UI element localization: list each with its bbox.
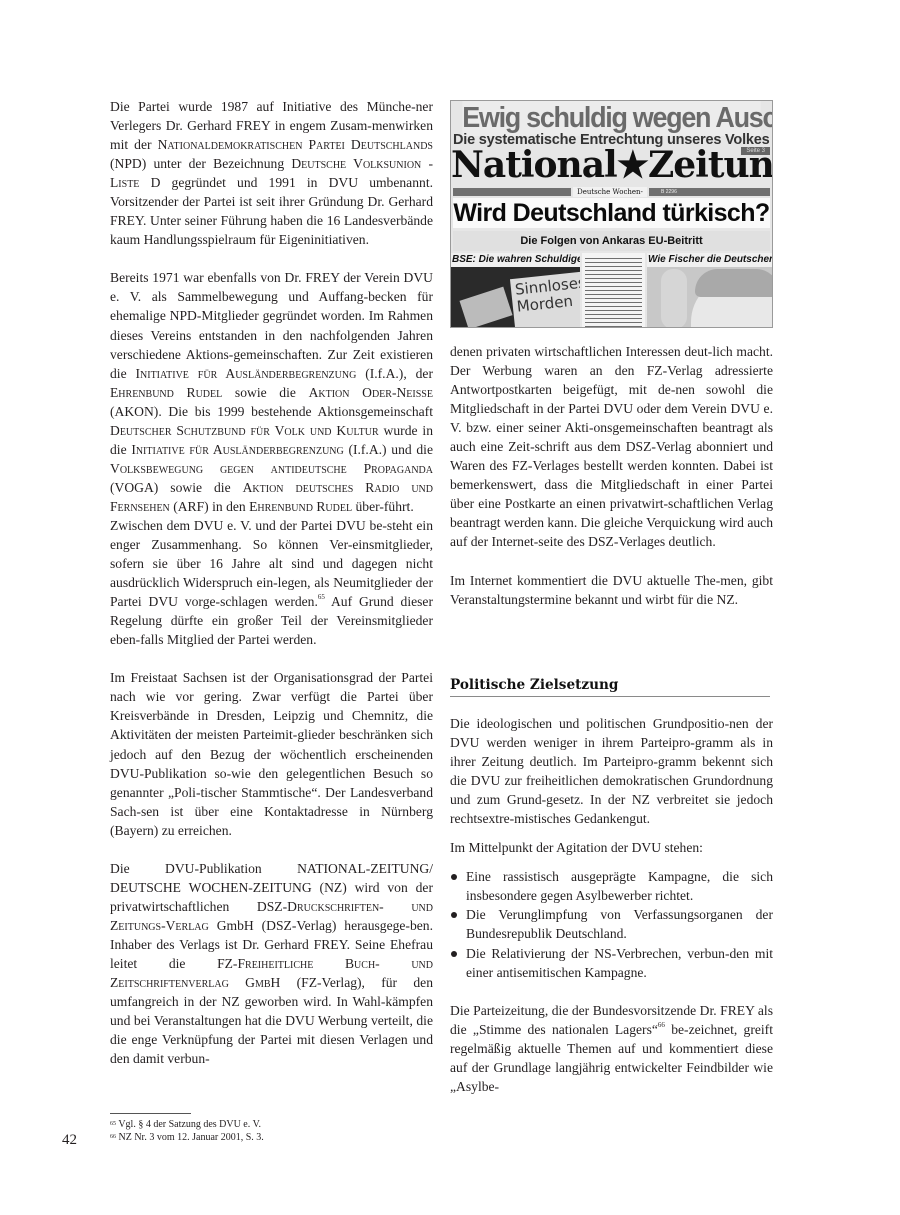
bullet-text: Die Relativierung der NS-Verbrechen, ver… <box>466 946 773 980</box>
newspaper-main-headline: Wird Deutschland türkisch? <box>453 198 770 228</box>
newspaper-masthead: National★Zeitung <box>451 145 772 185</box>
footnote-ref-65[interactable]: 65 <box>318 593 325 601</box>
small-caps-ifa: Initiative für Ausländerbegrenzung <box>136 366 357 381</box>
small-caps-schutzbund: Deutscher Schutzbund für Volk und Kultur <box>110 423 379 438</box>
newspaper-text-column <box>582 253 645 327</box>
text-run: (VOGA) sowie die <box>110 480 243 495</box>
paragraph-sachsen: Im Freistaat Sachsen ist der Organisatio… <box>110 668 433 839</box>
small-caps-ehrenbund: Ehrenbund Rudel <box>249 499 352 514</box>
paragraph-agitation-intro: Im Mittelpunkt der Agitation der DVU ste… <box>450 838 773 857</box>
small-caps-npd: Nationaldemokratischen Partei Deutschlan… <box>158 137 433 152</box>
bullet-dot-icon <box>451 951 457 957</box>
bullet-dot-icon <box>451 874 457 880</box>
paragraph-gap <box>110 649 433 668</box>
right-column-bottom: Die ideologischen und politischen Grundp… <box>450 714 773 1096</box>
bullet-item: Die Relativierung der NS-Verbrechen, ver… <box>450 944 773 982</box>
paragraph-gap <box>110 840 433 859</box>
footnotes: 65 Vgl. § 4 der Satzung des DVU e. V. 66… <box>110 1119 264 1144</box>
paragraph-verein-dvu: Bereits 1971 war ebenfalls von Dr. FREY … <box>110 268 433 516</box>
text-run: Bereits 1971 war ebenfalls von Dr. FREY … <box>110 270 433 380</box>
bullet-item: Die Verunglimpfung von Verfassungsorgane… <box>450 905 773 943</box>
bullet-dot-icon <box>451 912 457 918</box>
photo-hand <box>661 269 687 327</box>
paragraph-grundpositionen: Die ideologischen und politischen Grundp… <box>450 714 773 828</box>
small-caps-akon: Aktion Oder-Neiße <box>309 385 433 400</box>
text-run: (I.f.A.), der <box>356 366 433 381</box>
info-bar-left <box>453 188 571 196</box>
bullet-item: Eine rassistisch ausgeprägte Kampagne, d… <box>450 867 773 905</box>
newspaper-left-caption: BSE: Die wahren Schuldigen <box>451 253 580 267</box>
paragraph-party-founding: Die Partei wurde 1987 auf Initiative des… <box>110 97 433 249</box>
photo-paper-sheet <box>459 287 512 327</box>
photo-protest-sign: Sinnloses Morden <box>510 271 580 327</box>
newspaper-info-bar: Deutsche Wochen-Zeitung B 2296 <box>451 187 772 197</box>
newspaper-main-subheadline: Die Folgen von Ankaras EU-Beitritt <box>453 231 770 251</box>
small-caps-voga: Volksbewegung gegen antideutsche Propaga… <box>110 461 433 476</box>
footnote-separator-rule <box>110 1113 191 1114</box>
text-run: (NPD) unter der Bezeichnung <box>110 156 291 171</box>
bullet-text: Die Verunglimpfung von Verfassungsorgane… <box>466 907 773 941</box>
newspaper-photo-right: Wie Fischer die Deutschen belüg <box>647 253 772 327</box>
section-heading-politische-zielsetzung: Politische Zielsetzung <box>450 676 770 694</box>
paragraph-gap <box>110 249 433 268</box>
newspaper-text-lines <box>585 256 642 327</box>
footnote-ref-66[interactable]: 66 <box>658 1021 665 1029</box>
paragraph-publikation: Die DVU-Publikation NATIONAL-ZEITUNG/ DE… <box>110 859 433 1069</box>
newspaper-photo-left: Sinnloses Morden BSE: Die wahren Schuldi… <box>451 253 580 327</box>
newspaper-headline-top: Ewig schuldig wegen Auschwitz? <box>462 101 761 136</box>
text-run: über-führt. <box>352 499 414 514</box>
footnote-65: 65 Vgl. § 4 der Satzung des DVU e. V. <box>110 1119 264 1132</box>
paragraph-internet: Im Internet kommentiert die DVU aktuelle… <box>450 571 773 609</box>
text-run: (I.f.A.) und die <box>344 442 433 457</box>
text-run: (AKON). Die bis 1999 bestehende Aktionsg… <box>110 404 433 419</box>
footnote-text: Vgl. § 4 der Satzung des DVU e. V. <box>118 1119 261 1130</box>
photo-hair <box>695 269 772 297</box>
footnote-text: NZ Nr. 3 vom 12. Januar 2001, S. 3. <box>119 1132 264 1143</box>
paragraph-gap <box>450 857 773 867</box>
right-column-top: denen privaten wirtschaftlichen Interess… <box>450 342 773 609</box>
left-column: Die Partei wurde 1987 auf Initiative des… <box>110 97 433 1068</box>
footnote-number: 66 <box>110 1134 116 1140</box>
paragraph-gap <box>450 982 773 1001</box>
paragraph-verein-zusammenhang: Zwischen dem DVU e. V. und der Partei DV… <box>110 516 433 649</box>
newspaper-right-caption: Wie Fischer die Deutschen belüg <box>647 253 772 267</box>
small-caps-ifa: Initiative für Ausländerbegrenzung <box>131 442 343 457</box>
bullet-text: Eine rassistisch ausgeprägte Kampagne, d… <box>466 869 773 903</box>
paragraph-antwortpostkarten: denen privaten wirtschaftlichen Interess… <box>450 342 773 552</box>
newspaper-masthead-sub: Deutsche Wochen-Zeitung <box>573 187 647 197</box>
paragraph-gap <box>450 552 773 571</box>
heading-underline-rule <box>450 696 770 697</box>
newspaper-front-page-image: Ewig schuldig wegen Auschwitz? Die syste… <box>450 100 773 328</box>
text-run: sowie die <box>222 385 308 400</box>
paragraph-parteizeitung: Die Parteizeitung, die der Bundesvorsitz… <box>450 1001 773 1096</box>
footnote-66: 66 NZ Nr. 3 vom 12. Januar 2001, S. 3. <box>110 1132 264 1145</box>
footnote-number: 65 <box>110 1121 116 1127</box>
agitation-bullet-list: Eine rassistisch ausgeprägte Kampagne, d… <box>450 867 773 981</box>
small-caps-ehrenbund: Ehrenbund Rudel <box>110 385 222 400</box>
text-run: D gegründet und 1991 in DVU umbenannt. V… <box>110 175 433 247</box>
paragraph-gap <box>450 828 773 838</box>
newspaper-issue-code: B 2296 <box>661 188 677 196</box>
page-number: 42 <box>62 1131 77 1149</box>
text-run: (ARF) in den <box>170 499 249 514</box>
